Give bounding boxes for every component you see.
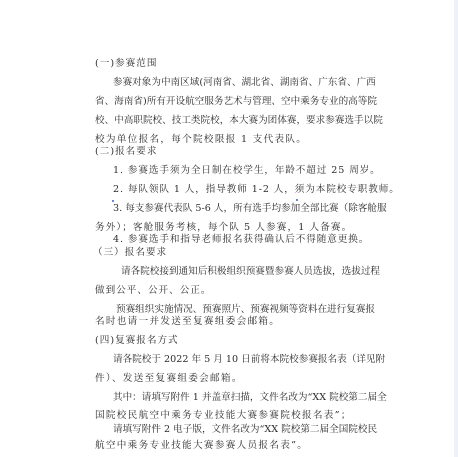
paragraph-line: 名时也请一并发送至复赛组委会邮箱。 xyxy=(95,316,369,328)
scan-artifact-dot xyxy=(112,200,114,202)
paragraph-line: 请各院校接到通知后积极组织预赛暨参赛人员选拔，选拔过程 xyxy=(121,266,369,278)
document-page: (一)参赛范围 参赛对象为中南区域(河南省、湖北省、湖南省、广东省、广西 省、海… xyxy=(0,0,454,457)
paragraph-line: 预赛组织实施情况、预赛照片、预赛视频等资料在进行复赛报 xyxy=(116,304,369,316)
section-heading-registration-requirements-2: （三）报名要求 xyxy=(93,247,367,259)
paragraph-line: 其中：请填写附件 1 并盖章扫描，文件名改为“XX 院校第二届全 xyxy=(113,392,369,404)
section-heading-rematch-registration-method: (四)复赛报名方式 xyxy=(95,335,369,347)
section-heading-registration-requirements: (二)报名要求 xyxy=(95,146,369,158)
list-item: 2. 每队领队 1 人，指导教师 1-2 人，须为本院校专职教师。 xyxy=(113,184,369,196)
paragraph-line: 请各院校于 2022 年 5 月 10 日前将本院校参赛报名表（详见附 xyxy=(113,354,369,366)
list-item: 3. 每支参赛代表队 5-6 人，所有选手均参加全部比赛（除客舱服 xyxy=(113,203,369,215)
paragraph-line: 做到公平、公开、公正。 xyxy=(95,285,369,297)
paragraph-line: 校、中高职院校、技工类院校，本大赛为团体赛，要求参赛选手以院 xyxy=(95,115,369,127)
paragraph-line: 省、海南省)所有开设航空服务艺术与管理、空中乘务专业的高等院 xyxy=(95,96,369,108)
paragraph-line: 参赛对象为中南区域(河南省、湖北省、湖南省、广东省、广西 xyxy=(113,77,369,89)
section-heading-scope: (一)参赛范围 xyxy=(95,58,369,70)
list-item-continuation: 务外）；客舱服务考核，每个队 5 人参赛，1 人备赛。 xyxy=(95,222,369,234)
paragraph-line: 航空中乘务专业技能大赛参赛人员报名表”。 xyxy=(95,440,369,452)
list-item: 4. 参赛选手和指导老师报名获得确认后不得随意更换。 xyxy=(113,234,369,246)
paragraph-line: 校为单位报名，每个院校限报 1 支代表队。 xyxy=(95,134,369,146)
scrollbar-track[interactable] xyxy=(454,0,458,457)
paragraph-line: 国院校民航空中乘务专业技能大赛参赛院校报名表”； xyxy=(95,410,369,422)
paragraph-line: 请填写附件 2 电子版，文件名改为“XX 院校第二届全国院校民 xyxy=(113,424,369,436)
scan-artifact-dot xyxy=(296,199,298,201)
paragraph-line: 件）、发送至复赛组委会邮箱。 xyxy=(95,373,369,385)
list-item: 1. 参赛选手须为全日制在校学生，年龄不超过 25 周岁。 xyxy=(113,165,369,177)
